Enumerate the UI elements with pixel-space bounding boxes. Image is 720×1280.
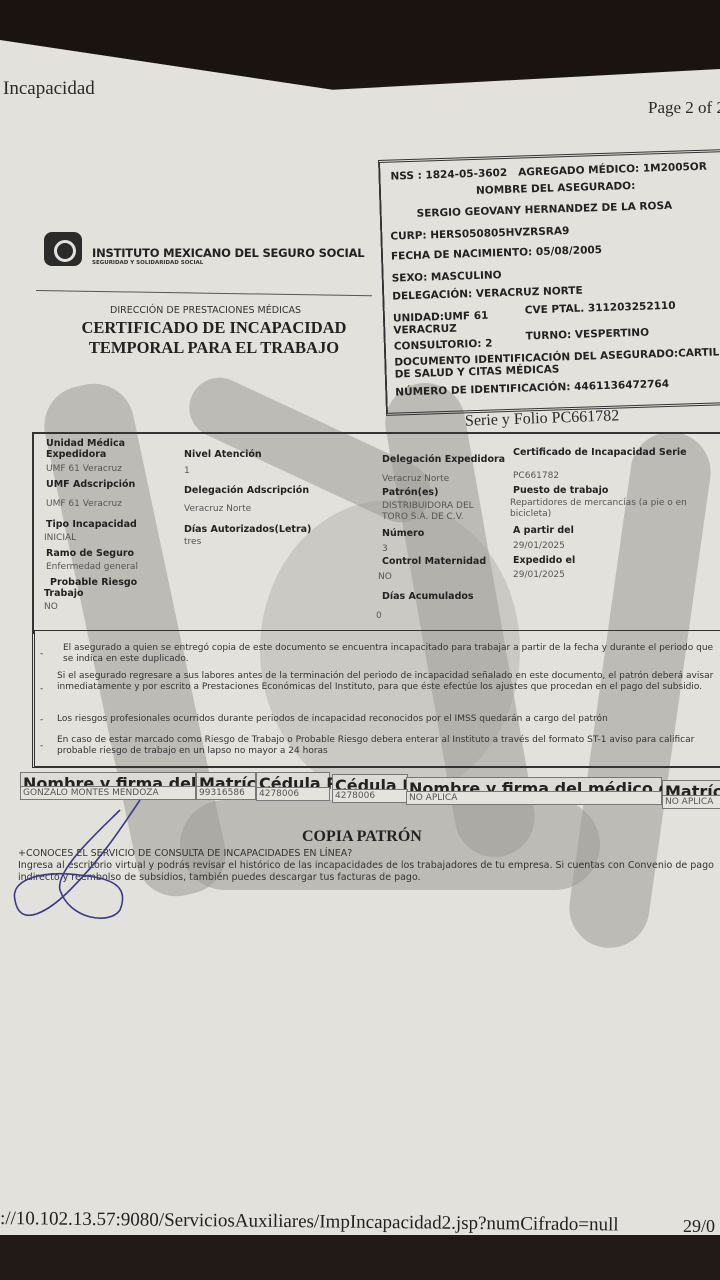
field-label: Patrón(es) (382, 487, 438, 498)
insured-name: SERGIO GEOVANY HERNANDEZ DE LA ROSA (417, 200, 673, 220)
insured-info-box: NSS : 1824-05-3602 AGREGADO MÉDICO: 1M20… (378, 149, 720, 416)
field-value: NO (378, 572, 392, 582)
nss: NSS : 1824-05-3602 AGREGADO MÉDICO: 1M20… (390, 161, 707, 183)
field-value: DISTRIBUIDORA DELTORO S.A. DE C.V. (382, 501, 474, 523)
field-value: tres (184, 537, 201, 547)
turno: TURNO: VESPERTINO (525, 327, 649, 343)
page-title: Incapacidad (3, 78, 95, 100)
field-label: A partir del (513, 525, 574, 536)
id-number: NÚMERO DE IDENTIFICACIÓN: 4461136472764 (395, 378, 669, 399)
field-label: Puesto de trabajo (513, 485, 608, 496)
field-label: Días Acumulados (382, 591, 474, 602)
field-label: Trabajo (44, 588, 84, 599)
certificate-fields (32, 432, 720, 634)
field-value: Veracruz Norte (382, 474, 449, 484)
table-cell: 99316586 (196, 786, 256, 800)
direction-label: DIRECCIÓN DE PRESTACIONES MÉDICAS (110, 305, 301, 316)
field-label: Expedido el (513, 555, 575, 566)
field-label: Control Maternidad (382, 556, 486, 567)
field-value: PC661782 (513, 471, 559, 481)
field-value: Enfermedad general (46, 562, 138, 572)
birth-date: FECHA DE NACIMIENTO: 05/08/2005 (391, 244, 602, 263)
promo-body: Ingresa al escritorio virtual y podrás r… (18, 860, 718, 884)
note-item: Si el asegurado regresare a sus labores … (57, 671, 717, 693)
imss-logo-icon (44, 232, 82, 266)
curp: CURP: HERS050805HVZRSRA9 (390, 225, 569, 243)
table-cell: NO APLICA (406, 791, 662, 805)
note-item: El asegurado a quien se entregó copia de… (63, 643, 720, 665)
notes-box: - El asegurado a quien se entregó copia … (32, 630, 720, 768)
footer-date: 29/0 (683, 1216, 715, 1237)
field-value: UMF 61 Veracruz (46, 464, 122, 474)
field-label: Número (382, 528, 424, 539)
field-label: Días Autorizados(Letra) (184, 524, 311, 535)
note-item: Los riesgos profesionales ocurridos dura… (57, 714, 717, 725)
table-cell: 4278006 (332, 789, 408, 803)
consultorio: CONSULTORIO: 2 (394, 337, 493, 352)
table-cell: NO APLICA (662, 795, 720, 809)
institution-name: INSTITUTO MEXICANO DEL SEGURO SOCIAL (92, 246, 364, 260)
copy-label: COPIA PATRÓN (302, 828, 422, 846)
field-value: Repartidores de mercancías (a pie o enbi… (510, 498, 687, 520)
certificate-title: CERTIFICADO DE INCAPACIDADTEMPORAL PARA … (74, 318, 354, 358)
note-item: En caso de estar marcado como Riesgo de … (57, 735, 717, 757)
insured-name-label: NOMBRE DEL ASEGURADO: (476, 180, 636, 197)
field-value: INICIAL (44, 533, 76, 543)
table-cell: 4278006 (256, 787, 330, 801)
field-value: 1 (184, 466, 190, 476)
field-label: Probable Riesgo (50, 577, 137, 588)
sex: SEXO: MASCULINO (392, 269, 502, 284)
promo-heading: +CONOCES EL SERVICIO DE CONSULTA DE INCA… (18, 848, 718, 860)
field-value: 3 (382, 544, 388, 554)
field-value: 0 (376, 611, 382, 621)
field-label: Delegación Expedidora (382, 454, 505, 465)
unit-city: VERACRUZ (393, 323, 457, 337)
field-label: UMF Adscripción (46, 479, 135, 490)
page-indicator: Page 2 of 2 (648, 98, 720, 118)
field-value: 29/01/2025 (513, 541, 565, 551)
field-label: Delegación Adscripción (184, 485, 309, 496)
field-label: Certificado de Incapacidad Serie (513, 447, 687, 458)
field-value: 29/01/2025 (513, 570, 565, 580)
id-document: DOCUMENTO IDENTIFICACIÓN DEL ASEGURADO:C… (394, 346, 720, 381)
field-value: UMF 61 Veracruz (46, 499, 122, 509)
field-label: Nivel Atención (184, 449, 262, 460)
field-label: Ramo de Seguro (46, 548, 134, 559)
delegation: DELEGACIÓN: VERACRUZ NORTE (392, 285, 583, 303)
field-value: NO (44, 602, 58, 612)
institution-tagline: SEGURIDAD Y SOLIDARIDAD SOCIAL (92, 260, 203, 266)
table-cell: GONZALO MONTES MENDOZA (20, 786, 196, 800)
cve-ptal: CVE PTAL. 311203252110 (525, 300, 676, 317)
field-label: Tipo Incapacidad (46, 519, 137, 530)
field-value: Veracruz Norte (184, 504, 251, 514)
field-label: Unidad MédicaExpedidora (46, 438, 125, 460)
promo-text: +CONOCES EL SERVICIO DE CONSULTA DE INCA… (18, 848, 718, 884)
background-surface-bottom (0, 1235, 720, 1280)
